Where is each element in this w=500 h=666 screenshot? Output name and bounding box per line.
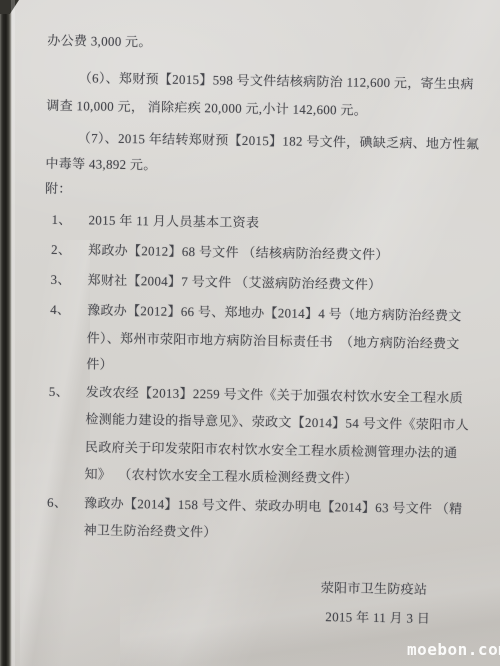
date-line: 2015 年 11 月 3 日: [325, 608, 430, 628]
paragraph-line: （6）、郑财预【2015】598 号文件结核病防治 112,600 元，寄生虫病: [79, 69, 474, 93]
attachment-item-text: 郑政办【2012】68 号文件 （结核病防治经费文件）: [88, 242, 389, 262]
attachment-item-continuation: 神卫生防治经费文件）: [84, 521, 217, 541]
attachment-item-continuation: 检测能力建设的指导意见》、荥政文【2014】54 号文件《荥阳市人: [85, 410, 469, 434]
attachment-item-text: 豫政办【2014】158 号文件、荥政办明电【2014】63 号文件 （精: [84, 495, 463, 516]
attachment-item-text: 2015 年 11 月人员基本工资表: [88, 212, 259, 230]
attachment-item: 4、豫政办【2012】66 号、郑地办【2014】4 号（地方病防治经费文: [50, 301, 462, 325]
attachment-item-continuation: 民政府关于印发荥阳市农村饮水安全工程水质检测管理办法的通: [85, 438, 458, 462]
attachment-item-text: 郑财社【2004】7 号文件 （艾滋病防治经费文件）: [87, 272, 381, 292]
paragraph-line: （7）、2015 年结转郑财预【2015】182 号文件，碘缺乏病、地方性氟: [78, 129, 480, 153]
attachment-item-number: 2、: [51, 241, 88, 260]
attachment-item-text: 豫政办【2012】66 号、郑地办【2014】4 号（地方病防治经费文: [87, 302, 462, 323]
attachment-item-number: 4、: [50, 301, 87, 320]
attachment-item: 5、发改农经【2013】2259 号文件《关于加强农村饮水安全工程水质: [49, 383, 463, 408]
site-watermark: moebon.com: [407, 640, 500, 659]
attachment-item-text: 发改农经【2013】2259 号文件《关于加强农村饮水安全工程水质: [86, 384, 463, 405]
attachment-item-number: 6、: [47, 494, 84, 513]
attachment-item: 2、郑政办【2012】68 号文件 （结核病防治经费文件）: [51, 241, 389, 264]
attachment-item-number: 3、: [50, 271, 87, 290]
attachments-label: 附：: [45, 180, 72, 198]
attachment-item: 1、2015 年 11 月人员基本工资表: [51, 211, 259, 232]
signature: 荥阳市卫生防疫站: [321, 579, 428, 599]
attachment-item-number: 1、: [51, 211, 88, 230]
paragraph-line: 办公费 3,000 元。: [47, 32, 152, 52]
paragraph-line: 调查 10,000 元， 消除疟疾 20,000 元,小计 142,600 元。: [46, 97, 367, 120]
document-text: 办公费 3,000 元。 （6）、郑财预【2015】598 号文件结核病防治 1…: [0, 0, 500, 666]
attachment-item-continuation: 件）: [86, 355, 113, 373]
attachment-item-continuation: 件）、郑州市荥阳市地方病防治目标责任书 （地方病防治经费文: [87, 329, 460, 353]
attachment-item: 3、郑财社【2004】7 号文件 （艾滋病防治经费文件）: [50, 271, 381, 294]
attachment-item: 6、豫政办【2014】158 号文件、荥政办明电【2014】63 号文件 （精: [47, 494, 463, 519]
document-photo: 办公费 3,000 元。 （6）、郑财预【2015】598 号文件结核病防治 1…: [0, 0, 500, 666]
attachment-item-number: 5、: [49, 383, 86, 402]
attachment-item-continuation: 知》 （农村饮水安全工程水质检测经费文件）: [84, 465, 357, 487]
paragraph-line: 中毒等 43,892 元。: [45, 155, 156, 175]
